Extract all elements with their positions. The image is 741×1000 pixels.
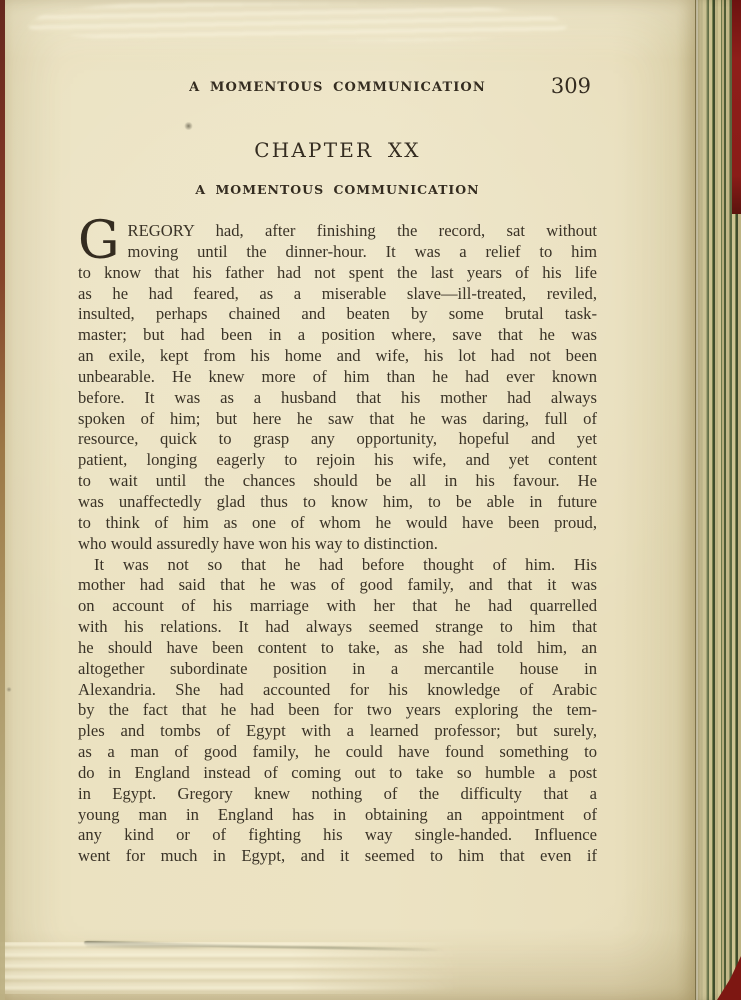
section-subtitle: A MOMENTOUS COMMUNICATION	[78, 182, 597, 197]
text-line: as a man of good family, he could have f…	[78, 742, 597, 763]
book-cover-edge-top	[732, 0, 741, 214]
text-line: insulted, perhaps chained and beaten by …	[78, 304, 597, 325]
text-line: before. It was as a husband that his mot…	[78, 388, 597, 409]
scan-blur-top	[28, 3, 568, 41]
text-line: by the fact that he had been for two yea…	[78, 700, 597, 721]
text-line: to know that his father had not spent th…	[78, 263, 597, 284]
text-line: resource, quick to grasp any opportunity…	[78, 429, 597, 450]
text-line: mother had said that he was of good fami…	[78, 575, 597, 596]
text-line: REGORY had, after finishing the record, …	[128, 221, 597, 242]
drop-cap: G	[78, 221, 120, 261]
page-number: 309	[551, 74, 591, 98]
text-line: do in England instead of coming out to t…	[78, 763, 597, 784]
chapter-title: CHAPTER XX	[78, 138, 597, 162]
text-line: as he had feared, as a miserable slave—i…	[78, 284, 597, 305]
text-line: in Egypt. Gregory knew nothing of the di…	[78, 784, 597, 805]
paper-speck	[184, 122, 193, 130]
running-head: A MOMENTOUS COMMUNICATION	[78, 80, 597, 95]
text-line: altogether subordinate position in a mer…	[78, 659, 597, 680]
text-line: to wait until the chances should be all …	[78, 471, 597, 492]
text-line: an exile, kept from his home and wife, h…	[78, 346, 597, 367]
text-line: moving until the dinner-hour. It was a r…	[128, 242, 597, 263]
text-line: with his relations. It had always seemed…	[78, 617, 597, 638]
text-line: spoken of him; but here he saw that he w…	[78, 409, 597, 430]
body-text: G REGORY had, after finishing the record…	[78, 221, 597, 867]
text-line: on account of his marriage with her that…	[78, 596, 597, 617]
text-line: he should have been content to take, as …	[78, 638, 597, 659]
text-line: to think of him as one of whom he would …	[78, 513, 597, 534]
book-spine-edge	[0, 0, 5, 1000]
text-line: It was not so that he had before thought…	[78, 555, 597, 576]
scan-blur-bottom	[0, 942, 470, 994]
running-head-row: A MOMENTOUS COMMUNICATION 309	[78, 80, 597, 95]
book-page-scan: A MOMENTOUS COMMUNICATION 309 CHAPTER XX…	[0, 0, 741, 1000]
text-line: any kind or of fighting his way single-h…	[78, 825, 597, 846]
paragraph-1: G REGORY had, after finishing the record…	[78, 221, 597, 555]
text-line: went for much in Egypt, and it seemed to…	[78, 846, 597, 867]
text-line: master; but had been in a position where…	[78, 325, 597, 346]
paragraph-2: It was not so that he had before thought…	[78, 555, 597, 868]
text-line: who would assuredly have won his way to …	[78, 534, 597, 555]
paragraph-2-lines: It was not so that he had before thought…	[78, 555, 597, 868]
book-page: A MOMENTOUS COMMUNICATION 309 CHAPTER XX…	[0, 0, 697, 1000]
text-line: young man in England has in obtaining an…	[78, 805, 597, 826]
text-line: unbearable. He knew more of him than he …	[78, 367, 597, 388]
text-line: Alexandria. She had accounted for his kn…	[78, 680, 597, 701]
paper-speck	[6, 687, 12, 692]
paragraph-1-lines: REGORY had, after finishing the record, …	[78, 221, 597, 555]
text-line: ples and tombs of Egypt with a learned p…	[78, 721, 597, 742]
text-line: was unaffectedly glad thus to know him, …	[78, 492, 597, 513]
text-line: patient, longing eagerly to rejoin his w…	[78, 450, 597, 471]
